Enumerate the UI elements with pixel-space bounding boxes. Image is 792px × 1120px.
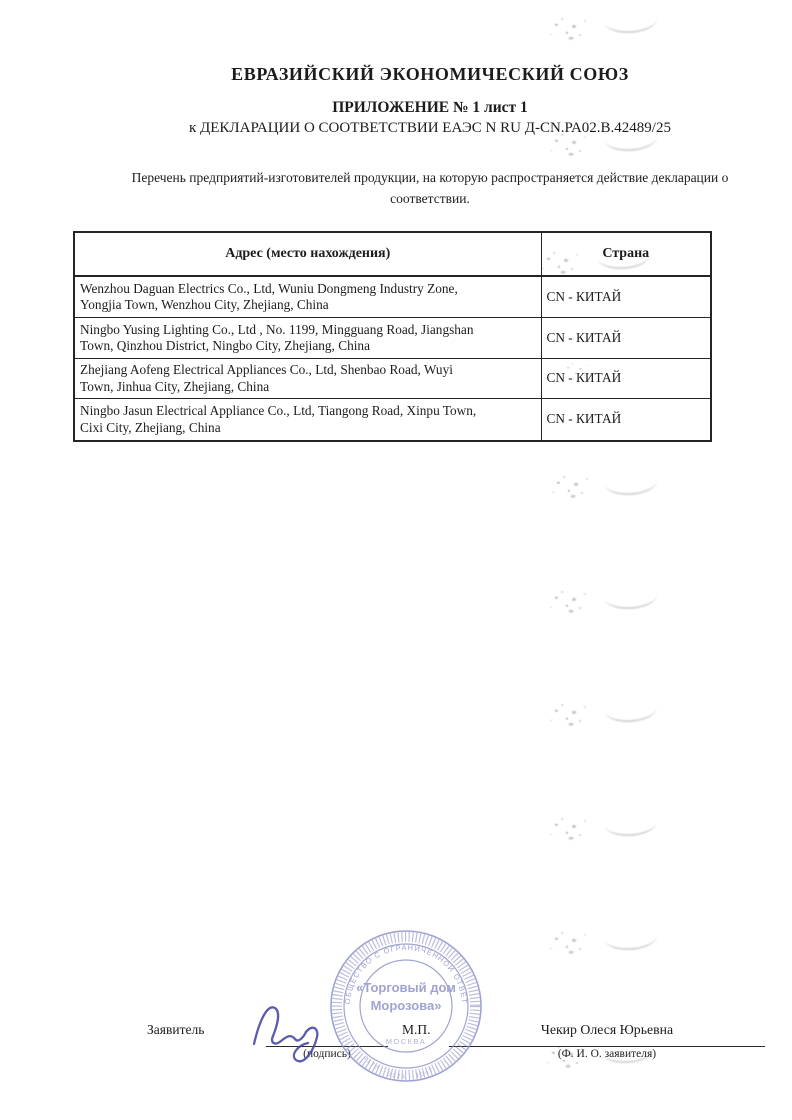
table-row: Ningbo Jasun Electrical Appliance Co., L… [74, 399, 711, 442]
scan-smudge [605, 478, 658, 497]
manufacturer-address-cell: Ningbo Yusing Lighting Co., Ltd , No. 11… [74, 318, 541, 359]
union-title: ЕВРАЗИЙСКИЙ ЭКОНОМИЧЕСКИЙ СОЮЗ [60, 64, 792, 85]
company-stamp: ОБЩЕСТВО С ОГРАНИЧЕННОЙ ОТВЕТСТВЕННОСТЬЮ… [326, 926, 486, 1086]
manufacturer-address-cell: Wenzhou Daguan Electrics Co., Ltd, Wuniu… [74, 276, 541, 318]
scan-smudge [548, 812, 590, 844]
scan-smudge [548, 926, 590, 958]
stamp-inner-ring [360, 960, 452, 1052]
declaration-number-line: к ДЕКЛАРАЦИИ О СООТВЕТСТВИИ ЕАЭС N RU Д-… [60, 120, 792, 137]
manufacturers-body: Wenzhou Daguan Electrics Co., Ltd, Wuniu… [74, 276, 711, 441]
scan-smudge [540, 246, 582, 278]
country-cell: CN - КИТАЙ [541, 318, 711, 359]
signature-line [266, 1046, 388, 1047]
name-caption: (Ф. И. О. заявителя) [449, 1048, 765, 1060]
scan-smudge [605, 16, 658, 35]
scan-smudge [562, 359, 591, 381]
scanned-document-page: ЕВРАЗИЙСКИЙ ЭКОНОМИЧЕСКИЙ СОЮЗ ПРИЛОЖЕНИ… [0, 0, 792, 1120]
stamp-company-line2: Морозова» [371, 998, 442, 1013]
document-header: ЕВРАЗИЙСКИЙ ЭКОНОМИЧЕСКИЙ СОЮЗ ПРИЛОЖЕНИ… [60, 64, 792, 137]
svg-text:ОБЩЕСТВО С ОГРАНИЧЕННОЙ ОТВЕТС: ОБЩЕСТВО С ОГРАНИЧЕННОЙ ОТВЕТСТВЕННОСТЬЮ [326, 926, 469, 1004]
scan-smudge [550, 470, 592, 502]
scan-smudge [605, 819, 658, 838]
scan-smudge [548, 12, 590, 44]
scan-smudge [548, 698, 590, 730]
scan-smudge [605, 933, 658, 952]
table-row: Ningbo Yusing Lighting Co., Ltd , No. 11… [74, 318, 711, 359]
stamp-ring-text: ОБЩЕСТВО С ОГРАНИЧЕННОЙ ОТВЕТСТВЕННОСТЬЮ [326, 926, 469, 1004]
country-cell: CN - КИТАЙ [541, 399, 711, 442]
scan-smudge [605, 134, 658, 153]
scan-smudge [605, 705, 658, 724]
intro-paragraph: Перечень предприятий-изготовителей проду… [60, 168, 792, 210]
stamp-company-line1: «Торговый дом [356, 980, 456, 995]
applicant-name-line [449, 1046, 765, 1047]
appendix-title: ПРИЛОЖЕНИЕ № 1 лист 1 [60, 99, 792, 117]
manufacturer-address-cell: Ningbo Jasun Electrical Appliance Co., L… [74, 399, 541, 442]
scan-smudge [548, 585, 590, 617]
manufacturer-address-cell: Zhejiang Aofeng Electrical Appliances Co… [74, 359, 541, 399]
applicant-label: Заявитель [147, 1022, 204, 1038]
table-row: Wenzhou Daguan Electrics Co., Ltd, Wuniu… [74, 276, 711, 318]
scan-smudge [548, 128, 590, 160]
stamp-city: МОСКВА [386, 1037, 427, 1046]
table-row: Zhejiang Aofeng Electrical Appliances Co… [74, 359, 711, 399]
country-cell: CN - КИТАЙ [541, 276, 711, 318]
scan-smudge [605, 592, 658, 611]
stamp-place-label: М.П. [402, 1022, 431, 1038]
applicant-name: Чекир Олеся Юрьевна [449, 1022, 765, 1038]
address-column-header: Адрес (место нахождения) [74, 232, 541, 276]
signature-caption: (подпись) [256, 1048, 398, 1060]
